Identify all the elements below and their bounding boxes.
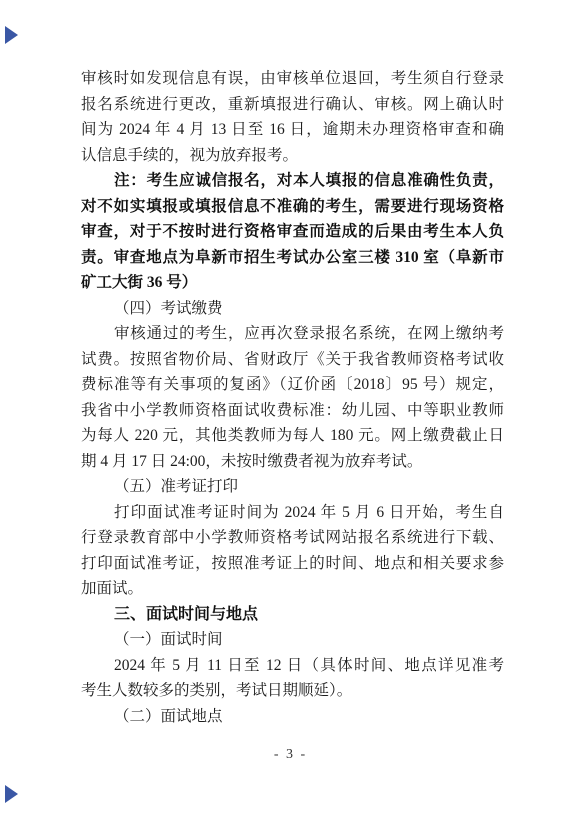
heading-line: （四）考试缴费: [81, 296, 504, 322]
document-page: 审核时如发现信息有误，由审核单位退回，考生须自行登录 报名系统进行更改，重新填报…: [0, 0, 581, 826]
text-line: 试费。按照省物价局、省财政厅《关于我省教师资格考试收: [81, 347, 504, 373]
text-line: 考生人数较多的类别，考试日期顺延）。: [81, 678, 504, 704]
page-number: - 3 -: [0, 747, 581, 763]
text-line: 加面试。: [81, 576, 504, 602]
section-5-heading: （五）准考证打印: [81, 474, 504, 500]
paragraph-exam-payment: 审核通过的考生，应再次登录报名系统，在网上缴纳考 试费。按照省物价局、省财政厅《…: [81, 321, 504, 474]
section-1-heading: （一）面试时间: [81, 627, 504, 653]
heading-line: （二）面试地点: [81, 704, 504, 730]
text-line: 认信息手续的，视为放弃报考。: [81, 143, 504, 169]
text-line: 打印面试准考证时间为 2024 年 5 月 6 日开始，考生自: [81, 500, 504, 526]
text-line: 费标准等有关事项的复函》（辽价函〔2018〕95 号）规定，: [81, 372, 504, 398]
text-line: 审核通过的考生，应再次登录报名系统，在网上缴纳考: [81, 321, 504, 347]
text-line: 矿工大街 36 号）: [81, 270, 504, 296]
text-line: 行登录教育部中小学教师资格考试网站报名系统进行下载、: [81, 525, 504, 551]
text-line: 审查，对于不按时进行资格审查而造成的后果由考生本人负: [81, 219, 504, 245]
corner-marker-bottom-icon: [5, 785, 18, 803]
chapter-3-heading: 三、面试时间与地点: [81, 602, 504, 628]
text-line: 2024 年 5 月 11 日至 12 日（具体时间、地点详见准考证，: [81, 653, 504, 679]
heading-line: 三、面试时间与地点: [81, 602, 504, 628]
text-line: 报名系统进行更改，重新填报进行确认、审核。网上确认时: [81, 92, 504, 118]
text-line: 打印面试准考证，按照准考证上的时间、地点和相关要求参: [81, 551, 504, 577]
text-block: 审核时如发现信息有误，由审核单位退回，考生须自行登录 报名系统进行更改，重新填报…: [81, 66, 504, 729]
text-line: 期 4 月 17 日 24:00，未按时缴费者视为放弃考试。: [81, 449, 504, 475]
text-line: 注：考生应诚信报名，对本人填报的信息准确性负责，: [81, 168, 504, 194]
section-4-heading: （四）考试缴费: [81, 296, 504, 322]
paragraph-admission-ticket-print: 打印面试准考证时间为 2024 年 5 月 6 日开始，考生自 行登录教育部中小…: [81, 500, 504, 602]
heading-line: （一）面试时间: [81, 627, 504, 653]
text-line: 对不如实填报或填报信息不准确的考生，需要进行现场资格: [81, 194, 504, 220]
text-line: 间为 2024 年 4 月 13 日至 16 日，逾期未办理资格审查和确: [81, 117, 504, 143]
heading-line: （五）准考证打印: [81, 474, 504, 500]
text-line: 为每人 220 元，其他类教师为每人 180 元。网上缴费截止日: [81, 423, 504, 449]
text-line: 我省中小学教师资格面试收费标准：幼儿园、中等职业教师: [81, 398, 504, 424]
paragraph-online-confirmation: 审核时如发现信息有误，由审核单位退回，考生须自行登录 报名系统进行更改，重新填报…: [81, 66, 504, 168]
paragraph-interview-time: 2024 年 5 月 11 日至 12 日（具体时间、地点详见准考证， 考生人数…: [81, 653, 504, 704]
corner-marker-top-icon: [5, 26, 18, 44]
text-line: 审核时如发现信息有误，由审核单位退回，考生须自行登录: [81, 66, 504, 92]
text-line: 责。审查地点为阜新市招生考试办公室三楼 310 室（阜新市: [81, 245, 504, 271]
section-2-heading: （二）面试地点: [81, 704, 504, 730]
paragraph-honesty-note: 注：考生应诚信报名，对本人填报的信息准确性负责， 对不如实填报或填报信息不准确的…: [81, 168, 504, 296]
